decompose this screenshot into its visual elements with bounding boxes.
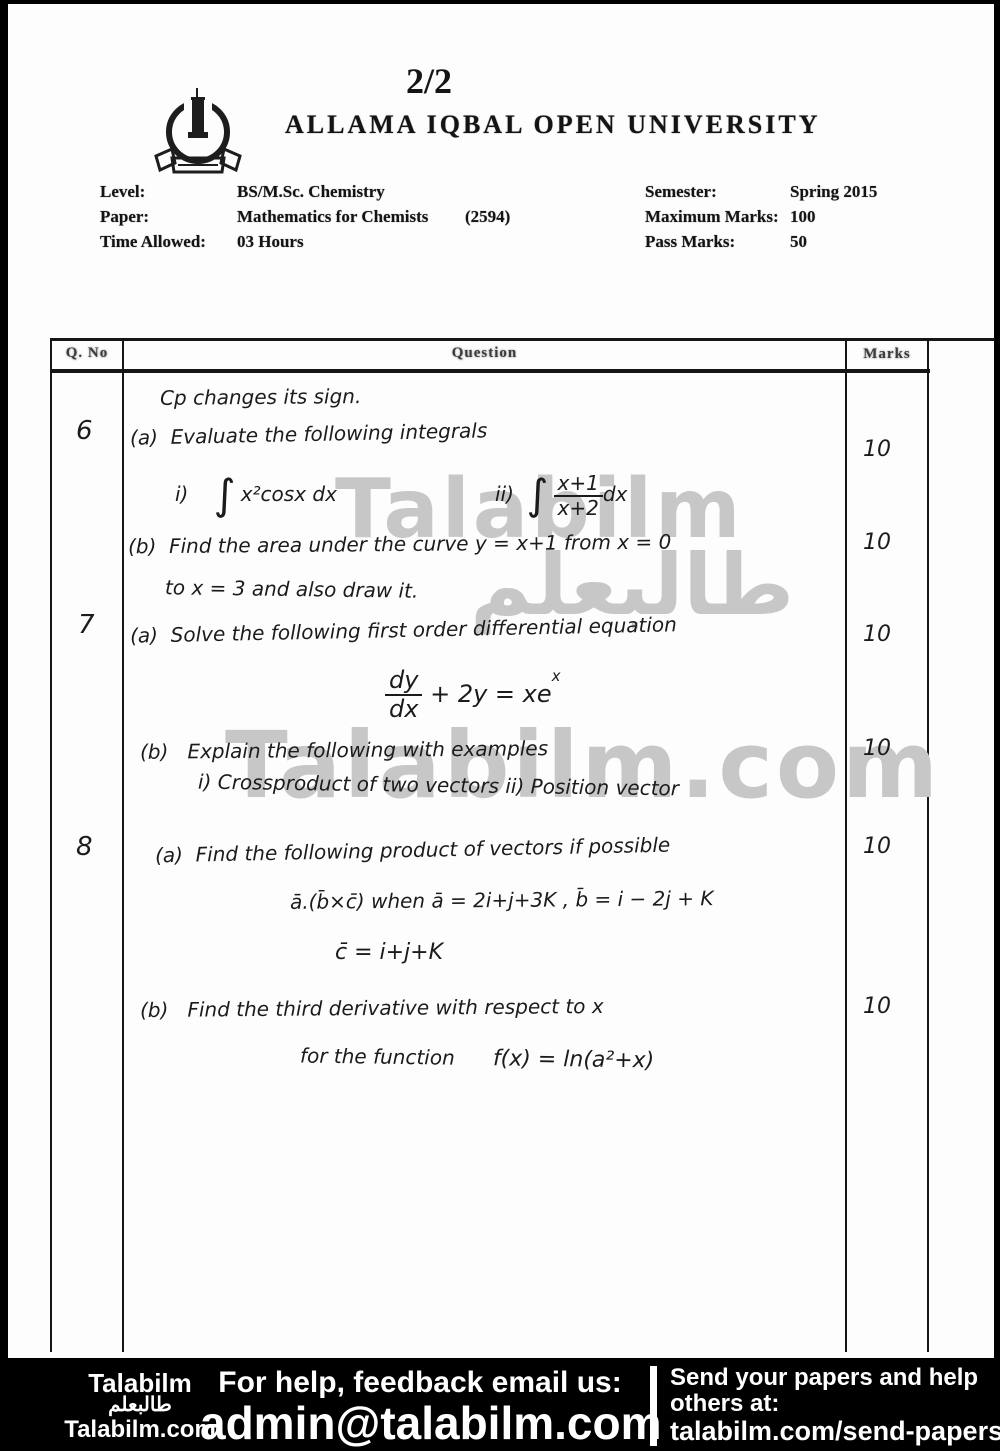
q8a-marks: 10 [863, 834, 891, 859]
paper-label: Paper: [100, 207, 149, 227]
q7a-marks: 10 [863, 622, 891, 647]
q8b-line1: Find the third derivative with respect t… [187, 994, 603, 1022]
q7b-marks: 10 [863, 736, 891, 761]
semester-label: Semester: [645, 182, 717, 202]
q8b-function: f(x) = ln(a²+x) [493, 1046, 655, 1073]
q8a-text: Find the following product of vectors if… [195, 833, 670, 867]
q7-equation-fraction: dydx [385, 668, 422, 722]
column-header-qno: Q. No [52, 345, 122, 362]
q7-equation-mid: + 2y = xe [430, 680, 552, 708]
q6-integral-1: i) ∫x²cosx dx [175, 470, 337, 519]
fraction-numerator: dy [385, 668, 422, 696]
q7b-label: (b) [140, 740, 169, 764]
footer-email: admin@talabilm.com [200, 1396, 640, 1450]
q6b-line1: Find the area under the curve y = x+1 fr… [169, 530, 671, 558]
q6b-line2: to x = 3 and also draw it. [165, 575, 419, 603]
university-logo-icon [148, 86, 248, 184]
semester-value: Spring 2015 [790, 182, 877, 202]
watermark-talabilm-com: Talabilm.com [225, 712, 941, 819]
paper-value: Mathematics for Chemists [237, 207, 428, 227]
q7a-text: Solve the following first order differen… [170, 612, 677, 647]
pass-marks-label: Pass Marks: [645, 232, 735, 252]
level-value: BS/M.Sc. Chemistry [237, 182, 385, 202]
scan-border-left [0, 0, 8, 1451]
maximum-marks-value: 100 [790, 207, 816, 227]
fraction-numerator: x+1 [554, 473, 603, 497]
q6a-label: (a) [130, 425, 158, 450]
q8b-line2-pre: for the function [300, 1044, 455, 1070]
q6-integral-2: ii) ∫x+1x+2dx [495, 470, 627, 519]
q7-equation-exponent: x [552, 667, 561, 685]
q6-integral-1-label: i) [175, 482, 188, 506]
q7-equation: dydx + 2y = xex [385, 668, 561, 722]
table-divider-qno [122, 338, 124, 1352]
footer-send-url: talabilm.com/send-papers [670, 1416, 1000, 1447]
table-header-separator [50, 369, 930, 373]
integral-sign: ∫ [214, 470, 236, 519]
fraction-denominator: x+2 [554, 497, 603, 519]
column-header-marks: Marks [847, 346, 927, 363]
q6a-marks: 10 [863, 437, 891, 462]
table-border-top [50, 338, 995, 341]
maximum-marks-label: Maximum Marks: [645, 207, 779, 227]
footer-send-line2: others at: [670, 1390, 779, 1418]
q6b-marks: 10 [863, 530, 891, 555]
scan-border-right [994, 0, 1000, 1451]
footer-divider [650, 1366, 657, 1446]
question-number-6: 6 [76, 416, 93, 446]
footer-help-line: For help, feedback email us: [200, 1366, 640, 1400]
q7b-text: Explain the following with examples [187, 736, 548, 763]
time-allowed-label: Time Allowed: [100, 232, 206, 252]
q6-integral-2-label: ii) [495, 482, 514, 506]
fraction-denominator: dx [385, 696, 422, 722]
q6-integral-1-body: x²cosx dx [241, 482, 337, 506]
q8a-vectors-line: ā.(b̄×c̄) when ā = 2i+j+3K , b̄ = i − 2j… [290, 886, 714, 914]
table-border-right [927, 338, 929, 1352]
q6a-text: Evaluate the following integrals [170, 418, 487, 449]
page-number: 2/2 [406, 60, 452, 102]
scanned-exam-page: 2/2 ALLAMA IQBAL OPEN UNIVERSITY Level: … [0, 0, 1000, 1451]
time-allowed-value: 03 Hours [237, 232, 304, 252]
pass-marks-value: 50 [790, 232, 807, 252]
footer-banner: Talabilm طالبعلم Talabilm.com For help, … [0, 1358, 1000, 1451]
q6-integral-2-tail: dx [603, 482, 628, 506]
q8a-label: (a) [155, 843, 183, 868]
integral-sign: ∫ [527, 470, 549, 519]
q8a-vector-c-line: c̄ = i+j+K [335, 940, 443, 965]
column-header-question: Question [124, 345, 845, 362]
scan-border-top [0, 0, 1000, 4]
question-number-8: 8 [76, 832, 93, 862]
level-label: Level: [100, 182, 145, 202]
intro-line: Cp changes its sign. [160, 384, 361, 410]
q6b-label: (b) [128, 534, 157, 558]
q8b-marks: 10 [863, 994, 891, 1019]
table-border-left [50, 338, 52, 1352]
paper-code: (2594) [465, 207, 510, 227]
university-name: ALLAMA IQBAL OPEN UNIVERSITY [285, 110, 820, 140]
q6-integral-2-fraction: x+1x+2 [554, 473, 603, 519]
q7a-label: (a) [130, 623, 158, 648]
footer-send-line1: Send your papers and help [670, 1364, 978, 1392]
q8b-label: (b) [140, 998, 169, 1022]
table-divider-marks [845, 338, 847, 1352]
question-number-7: 7 [78, 610, 95, 640]
